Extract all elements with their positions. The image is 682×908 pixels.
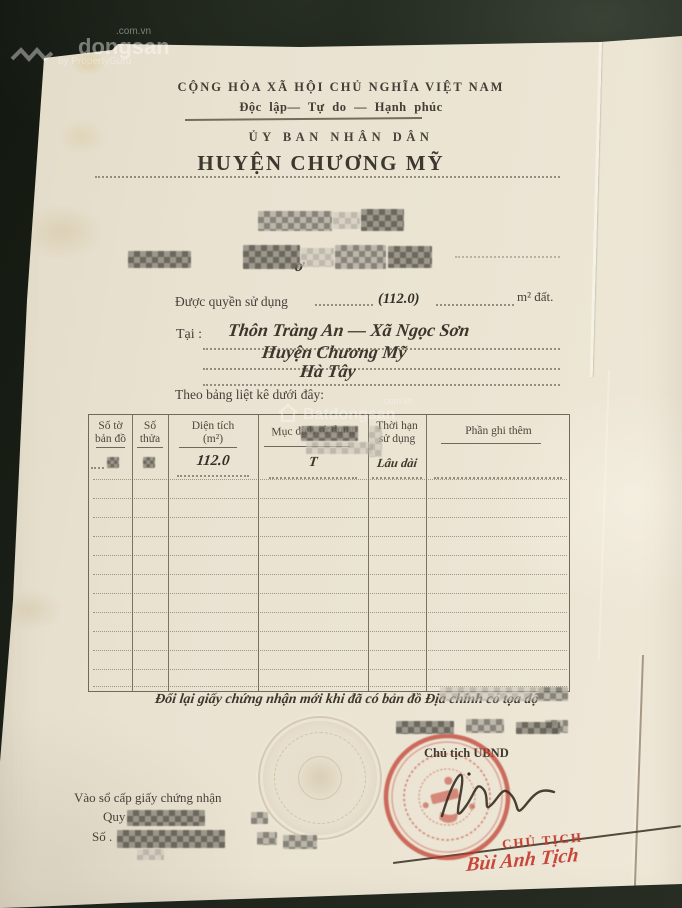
watermark-center: Batdongsan com.vn: [276, 394, 446, 428]
dotted-row: [93, 593, 567, 594]
column-header-ghi-them: Phần ghi thêm: [426, 425, 571, 438]
dotted-leader: [177, 467, 249, 477]
dotted-leader: [315, 296, 373, 306]
column-header-so-to: Số tờ bản đồ: [89, 420, 132, 446]
dotted-row: [93, 498, 567, 499]
watermark-byline-label: by PropertyGuru: [58, 56, 131, 67]
redaction-block: [306, 442, 373, 454]
registry-line-1: Vào sổ cấp giấy chứng nhận: [74, 790, 221, 806]
redaction-block: [137, 849, 164, 860]
column-header-so-thua: Số thửa: [132, 420, 168, 446]
redaction-block: [258, 211, 332, 231]
dotted-leader: [91, 459, 104, 469]
watermark-domain-label: com.vn: [384, 396, 413, 406]
dotted-row: [93, 574, 567, 575]
land-table: Số tờ bản đồ Số thửa Diện tích (m²) Mục …: [88, 414, 570, 692]
registry-prefix-so: Số .: [92, 829, 112, 845]
watermark-brand-label: Batdongsan: [303, 406, 395, 424]
signature: [436, 754, 558, 843]
header-underline: [137, 447, 163, 448]
redaction-block: [257, 832, 277, 845]
watermark-house-icon: [276, 402, 300, 429]
redaction-block: [516, 722, 560, 734]
redaction-block: [369, 426, 382, 457]
dotted-row: [93, 555, 567, 556]
location-line-3: Hà Tây: [299, 361, 357, 382]
header-underline: [96, 447, 125, 448]
redaction-block: [396, 721, 454, 734]
dotted-leader: [372, 469, 422, 479]
redaction-block: [301, 426, 358, 441]
redaction-block: [117, 830, 225, 848]
redaction-block: [335, 245, 386, 269]
dotted-leader: [455, 248, 560, 258]
location-label: Tại :: [176, 327, 202, 343]
paper: CỘNG HÒA XÃ HỘI CHỦ NGHĨA VIỆT NAM Độc l…: [0, 0, 682, 908]
district-title: HUYỆN CHƯƠNG MỸ: [41, 151, 601, 176]
header-underline: [441, 443, 541, 444]
redaction-block: [127, 810, 205, 826]
redaction-block: [466, 719, 504, 733]
dotted-leader: [434, 469, 562, 479]
crease-line: [598, 370, 610, 660]
redaction-block: [388, 246, 432, 268]
embossed-seal: [258, 716, 382, 840]
redaction-block: [283, 835, 317, 849]
header-underline: [179, 447, 237, 448]
watermark-topleft: .com.vn dongsan by PropertyGuru: [4, 24, 184, 72]
redacted-cell: [143, 457, 155, 468]
motto-divider: [185, 117, 422, 121]
redaction-block: [301, 248, 334, 267]
redacted-cell: [107, 457, 119, 468]
redaction-block: [128, 251, 191, 268]
issuer-title: ỦY BAN NHÂN DÂN: [61, 130, 621, 145]
photo-background: CỘNG HÒA XÃ HỘI CHỦ NGHĨA VIỆT NAM Độc l…: [0, 0, 682, 908]
watermark-logo-icon: [10, 46, 54, 67]
registry-prefix-quy: Quy: [103, 809, 125, 825]
dotted-leader: [203, 376, 560, 386]
column-header-dien-tich: Diện tích (m²): [168, 420, 258, 446]
redaction-block: [243, 245, 300, 269]
dotted-row: [93, 612, 567, 613]
redaction-block: [251, 812, 268, 824]
dotted-row: [93, 650, 567, 651]
redaction-block: [538, 687, 568, 701]
redaction-block: [333, 212, 360, 229]
redaction-block: [440, 687, 544, 701]
location-line-2: Huyện Chương Mỹ: [261, 342, 408, 363]
dotted-row: [93, 631, 567, 632]
dotted-leader: [269, 469, 357, 479]
dotted-row: [93, 517, 567, 518]
dotted-row: [93, 536, 567, 537]
area-value: (112.0): [378, 291, 419, 308]
redaction-block: [361, 209, 404, 231]
location-line-1: Thôn Tràng An — Xã Ngọc Sơn: [227, 320, 471, 341]
crease-line: [633, 655, 644, 908]
area-unit: m² đất.: [517, 289, 553, 305]
grant-label: Được quyền sử dụng: [175, 294, 288, 310]
national-title: CỘNG HÒA XÃ HỘI CHỦ NGHĨA VIỆT NAM: [61, 80, 621, 95]
dotted-row: [93, 669, 567, 670]
national-motto: Độc lập— Tự do — Hạnh phúc: [61, 100, 621, 115]
signature-stroke: [436, 754, 558, 838]
dotted-row: [93, 479, 567, 480]
dotted-leader: [436, 296, 514, 306]
